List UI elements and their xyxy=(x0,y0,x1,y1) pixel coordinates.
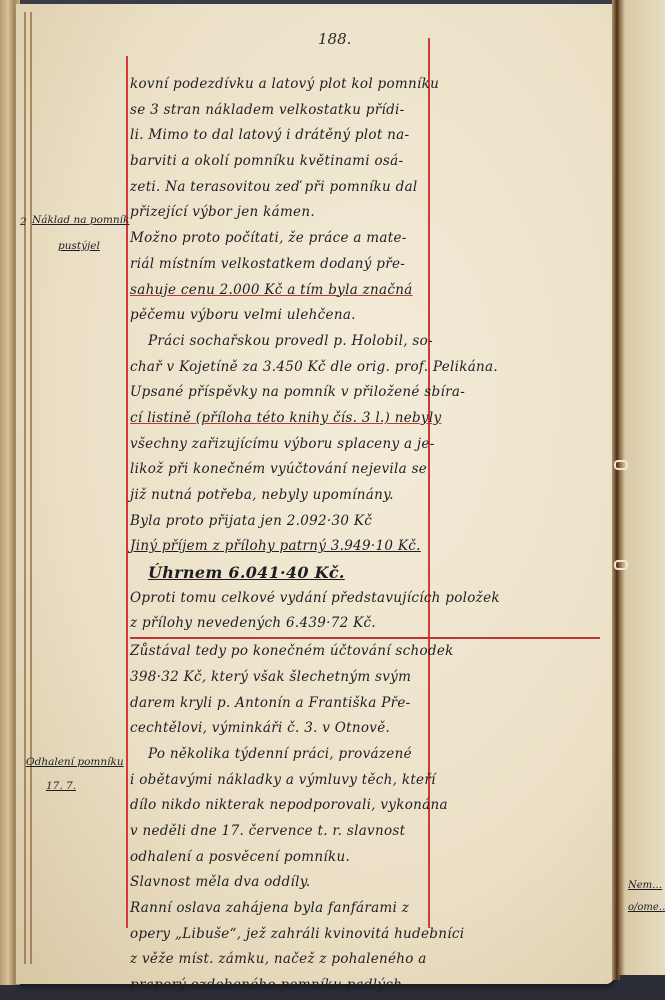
text-line: Oproti tomu celkové vydání představující… xyxy=(130,586,600,612)
text-line: dílo nikdo nikterak nepodporovali, vykon… xyxy=(130,793,600,819)
text-line: Upsané příspěvky na pomník v přiložené s… xyxy=(130,380,600,406)
margin-note-title: Náklad na pomník xyxy=(32,214,129,226)
text-line: kovní podezdívku a latový plot kol pomní… xyxy=(130,72,600,98)
text-line: Zůstával tedy po konečném účtování schod… xyxy=(130,639,600,665)
text-line: i obětavými nákladky a výmluvy těch, kte… xyxy=(130,768,600,794)
text-line-sculpture-cost: chař v Kojetíně za 3.450 Kč dle orig. pr… xyxy=(130,355,600,381)
text-line: opery „Libuše“, jež zahráli kvinovitá hu… xyxy=(130,922,600,948)
margin-marker: 2 xyxy=(20,216,27,228)
binding-ring-icon xyxy=(614,460,628,470)
text-line: Po několika týdenní práci, provázené xyxy=(130,742,600,768)
text-line-other-income: Jiný příjem z přílohy patrný 3.949·10 Kč… xyxy=(130,534,600,560)
facing-page xyxy=(618,0,665,975)
text-line: přizející výbor jen kámen. xyxy=(130,200,600,226)
text-line: všechny zařizujícímu výboru splaceny a j… xyxy=(130,432,600,458)
text-line: praporý ozdobeného pomníku padlých xyxy=(130,973,600,999)
text-line: likož při konečném vyúčtování nejevila s… xyxy=(130,457,600,483)
text-line-materials-value: sahuje cenu 2.000 Kč a tím byla značná xyxy=(130,278,600,304)
left-rule-2 xyxy=(30,12,32,964)
text-line: zeti. Na terasovitou zeď při pomníku dal xyxy=(130,175,600,201)
text-line: darem kryli p. Antonín a Františka Pře- xyxy=(130,691,600,717)
binding-ring-icon xyxy=(614,560,628,570)
text-line: se 3 stran nákladem velkostatku přídi- xyxy=(130,98,600,124)
margin-note-title: Odhalení pomníku xyxy=(26,756,124,768)
text-line: Slavnost měla dva oddíly. xyxy=(130,870,600,896)
left-margin-rule xyxy=(126,56,128,928)
text-line: z věže míst. zámku, načež z pohaleného a xyxy=(130,947,600,973)
text-line: Práci sochařskou provedl p. Holobil, so- xyxy=(130,329,600,355)
text-line-total-income: Úhrnem 6.041·40 Kč. xyxy=(130,560,600,586)
facing-page-note: o/ome… xyxy=(628,902,665,913)
text-line: li. Mimo to dal latový i drátěný plot na… xyxy=(130,123,600,149)
margin-note-subtitle: pustýjel xyxy=(58,240,100,252)
text-line-subscriptions: Byla proto přijata jen 2.092·30 Kč xyxy=(130,509,600,535)
left-rule-1 xyxy=(24,12,26,964)
text-line: barviti a okolí pomníku květinami osá- xyxy=(130,149,600,175)
text-line-total-expenses: z přílohy nevedených 6.439·72 Kč. xyxy=(130,611,600,639)
text-line: cechtělovi, výminkáři č. 3. v Otnově. xyxy=(130,716,600,742)
text-line: pěčemu výboru velmi ulehčena. xyxy=(130,303,600,329)
text-line: Ranní oslava zahájena byla fanfárami z xyxy=(130,896,600,922)
text-line: již nutná potřeba, nebyly upomínány. xyxy=(130,483,600,509)
text-line: Možno proto počítati, že práce a mate- xyxy=(130,226,600,252)
facing-page-note: Nem… xyxy=(628,880,665,891)
text-line: riál místním velkostatkem dodaný pře- xyxy=(130,252,600,278)
text-line: odhalení a posvěcení pomníku. xyxy=(130,845,600,871)
text-line-attachment-ref: cí listině (příloha této knihy čís. 3 l.… xyxy=(130,406,600,432)
page-number: 188. xyxy=(318,30,351,48)
text-line-date: v neděli dne 17. července t. r. slavnost xyxy=(130,819,600,845)
ledger-text: kovní podezdívku a latový plot kol pomní… xyxy=(130,72,600,999)
text-line-deficit: 398·32 Kč, který však šlechetným svým xyxy=(130,665,600,691)
margin-note-date: 17. 7. xyxy=(46,780,76,792)
